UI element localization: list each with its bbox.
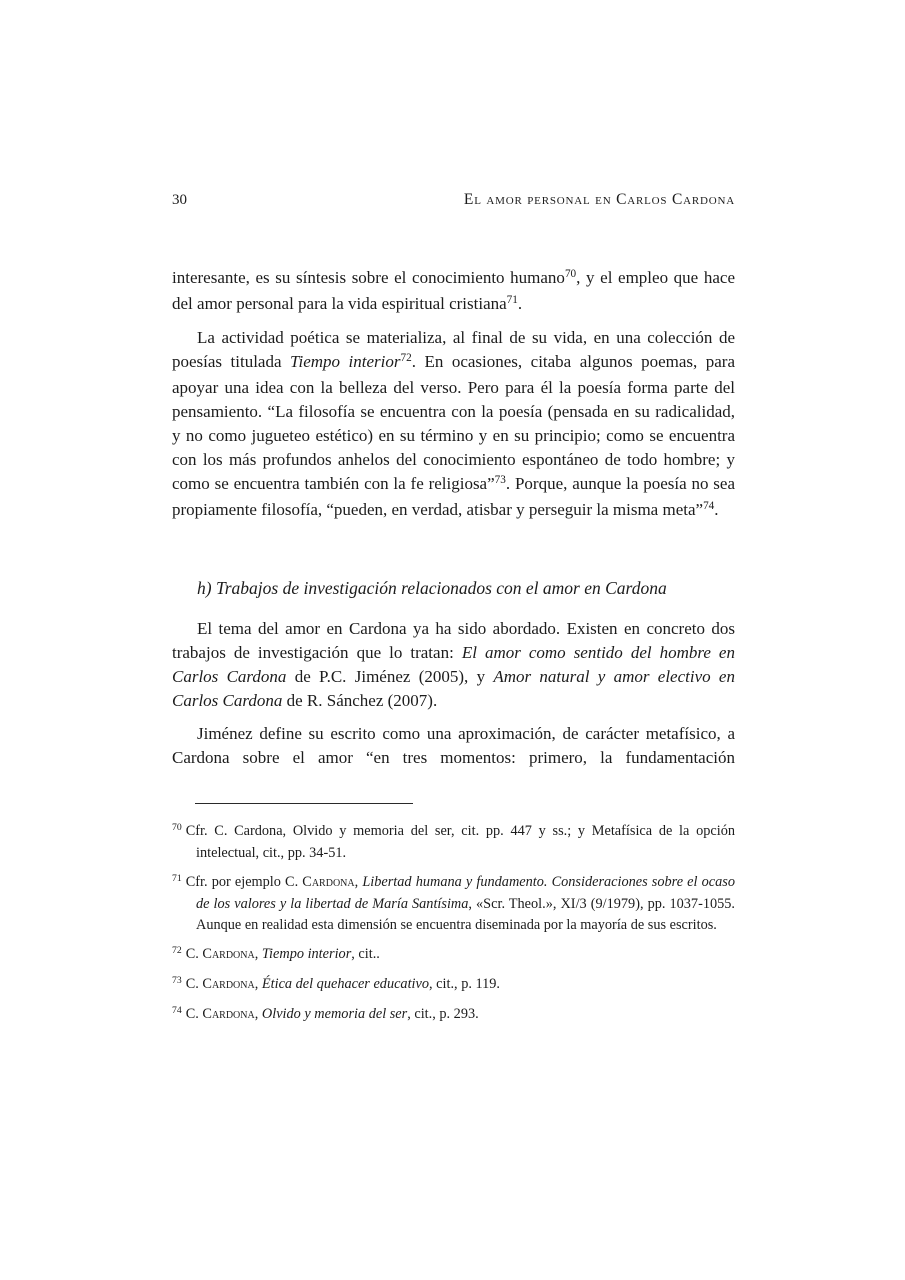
footnote-number: 72: [172, 945, 182, 956]
text-column: 30 El amor personal en Carlos Cardona in…: [172, 190, 735, 1026]
page-number: 30: [172, 190, 187, 210]
page-header: 30 El amor personal en Carlos Cardona: [172, 190, 735, 210]
running-title: El amor personal en Carlos Cardona: [464, 190, 735, 210]
footnote-text: C. Cardona, Ética del quehacer educativo…: [186, 976, 500, 992]
footnote-text: Cfr. por ejemplo C. Cardona, Libertad hu…: [186, 874, 735, 933]
footnote-number: 74: [172, 1005, 182, 1016]
footnote-number: 70: [172, 822, 182, 833]
footnote-71: 71Cfr. por ejemplo C. Cardona, Libertad …: [172, 872, 735, 936]
footnote-number: 73: [172, 975, 182, 986]
footnote-separator: [195, 803, 413, 804]
footnote-number: 71: [172, 873, 182, 884]
document-page: 30 El amor personal en Carlos Cardona in…: [0, 0, 905, 1280]
footnote-text: Cfr. C. Cardona, Olvido y memoria del se…: [186, 823, 735, 861]
paragraph-2: La actividad poética se materializa, al …: [172, 326, 735, 524]
footnotes-section: 70Cfr. C. Cardona, Olvido y memoria del …: [172, 803, 735, 1026]
footnote-74: 74C. Cardona, Olvido y memoria del ser, …: [172, 1004, 735, 1026]
footnote-73: 73C. Cardona, Ética del quehacer educati…: [172, 974, 735, 996]
paragraph-4: Jiménez define su escrito como una aprox…: [172, 722, 735, 770]
footnote-72: 72C. Cardona, Tiempo interior, cit..: [172, 944, 735, 966]
paragraph-3: El tema del amor en Cardona ya ha sido a…: [172, 617, 735, 713]
section-heading: h) Trabajos de investigación relacionado…: [172, 576, 735, 600]
footnote-text: C. Cardona, Tiempo interior, cit..: [186, 946, 380, 962]
footnote-text: C. Cardona, Olvido y memoria del ser, ci…: [186, 1006, 479, 1022]
footnote-70: 70Cfr. C. Cardona, Olvido y memoria del …: [172, 821, 735, 864]
paragraph-1: interesante, es su síntesis sobre el con…: [172, 266, 735, 318]
